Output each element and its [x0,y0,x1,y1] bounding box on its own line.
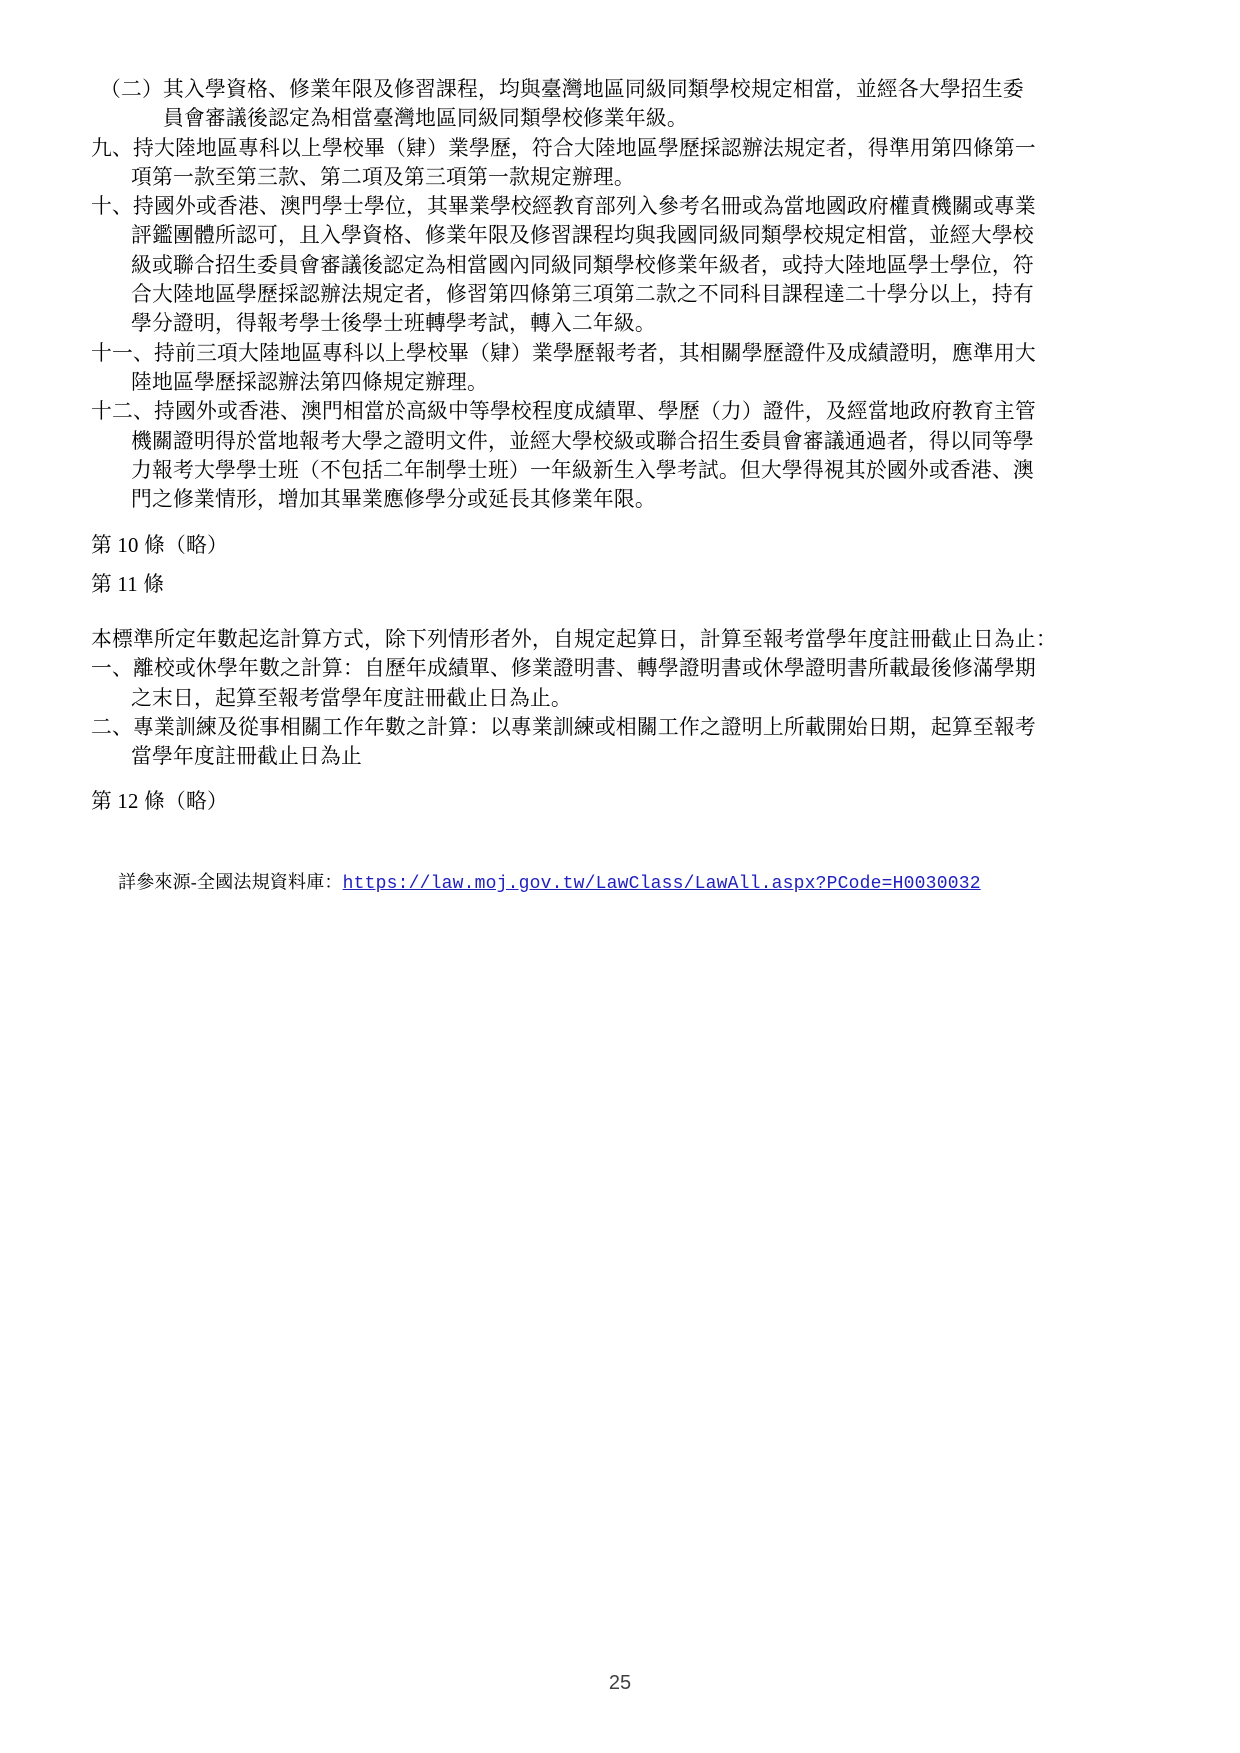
document-page: （二）其入學資格、修業年限及修習課程，均與臺灣地區同級同類學校規定相當，並經各大… [0,0,1240,1753]
text-line: 合大陸地區學歷採認辦法規定者，修習第四條第三項第二款之不同科目課程達二十學分以上… [91,280,1081,309]
list-item-1: 一、離校或休學年數之計算：自歷年成績單、修業證明書、轉學證明書或休學證明書所載最… [91,654,1081,683]
list-item-2: 二、專業訓練及從事相關工作年數之計算：以專業訓練或相關工作之證明上所載開始日期，… [91,713,1081,742]
article-11-intro: 本標準所定年數起迄計算方式，除下列情形者外，自規定起算日，計算至報考當學年度註冊… [91,625,1081,654]
list-item-11: 十一、持前三項大陸地區專科以上學校畢（肄）業學歷報考者，其相關學歷證件及成績證明… [91,339,1081,368]
text-line: 門之修業情形，增加其畢業應修學分或延長其修業年限。 [91,485,1081,514]
article-10-heading: 第 10 條（略） [91,531,1081,560]
article-12-heading: 第 12 條（略） [91,787,1081,816]
text-line: 機關證明得於當地報考大學之證明文件，並經大學校級或聯合招生委員會審議通過者，得以… [91,427,1081,456]
source-label: 詳參來源-全國法規資料庫： [118,872,343,892]
article-11-heading: 第 11 條 [91,570,1081,599]
text-line: 員會審議後認定為相當臺灣地區同級同類學校修業年級。 [91,104,1081,133]
text-line: （二）其入學資格、修業年限及修習課程，均與臺灣地區同級同類學校規定相當，並經各大… [91,75,1081,104]
text-line: 當學年度註冊截止日為止 [91,742,1081,771]
text-line: 級或聯合招生委員會審議後認定為相當國內同級同類學校修業年級者，或持大陸地區學士學… [91,251,1081,280]
text-line: 學分證明，得報考學士後學士班轉學考試，轉入二年級。 [91,309,1081,338]
text-line: 項第一款至第三款、第二項及第三項第一款規定辦理。 [91,163,1081,192]
list-item-9: 九、持大陸地區專科以上學校畢（肄）業學歷，符合大陸地區學歷採認辦法規定者，得準用… [91,134,1081,163]
page-number: 25 [0,1672,1240,1695]
text-line: 之末日，起算至報考當學年度註冊截止日為止。 [91,684,1081,713]
text-line: 陸地區學歷採認辦法第四條規定辦理。 [91,368,1081,397]
list-item-12: 十二、持國外或香港、澳門相當於高級中等學校程度成績單、學歷（力）證件，及經當地政… [91,397,1081,426]
source-link[interactable]: https://law.moj.gov.tw/LawClass/LawAll.a… [343,874,981,894]
source-reference: 詳參來源-全國法規資料庫：https://law.moj.gov.tw/LawC… [91,868,1081,899]
text-line: 評鑑團體所認可，且入學資格、修業年限及修習課程均與我國同級同類學校規定相當，並經… [91,221,1081,250]
document-body: （二）其入學資格、修業年限及修習課程，均與臺灣地區同級同類學校規定相當，並經各大… [91,75,1081,899]
text-line: 力報考大學學士班（不包括二年制學士班）一年級新生入學考試。但大學得視其於國外或香… [91,456,1081,485]
list-item-10: 十、持國外或香港、澳門學士學位，其畢業學校經教育部列入參考名冊或為當地國政府權責… [91,192,1081,221]
